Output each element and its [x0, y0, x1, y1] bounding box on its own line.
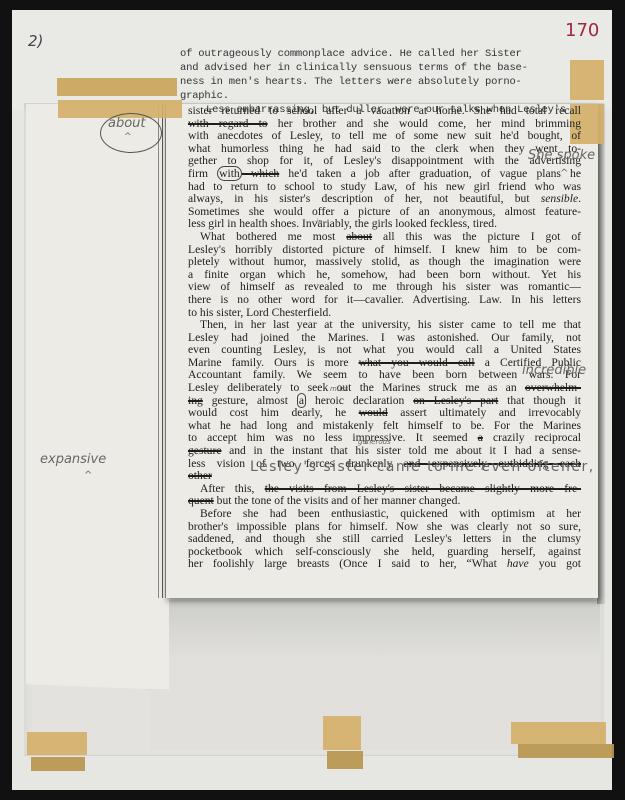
printed-line: always, in his sister's description of h… — [188, 193, 581, 206]
page-number: 170 — [565, 20, 599, 41]
struck-text: other — [188, 469, 212, 482]
struck-text: a — [478, 431, 483, 444]
printed-text-block: sister returned to school after a vacati… — [188, 105, 581, 571]
struck-text: gesture — [188, 444, 221, 457]
printed-line: would cost him dearly, he would assert u… — [188, 407, 581, 420]
struck-text: what you would call — [359, 356, 475, 369]
right-page-edge — [597, 104, 605, 604]
caret-mark: ^ — [84, 470, 92, 481]
typed-line: graphic. — [180, 89, 520, 103]
left-margin-strip — [26, 104, 169, 690]
caret-mark: ^ — [560, 168, 568, 179]
annotation-she-spoke: She spoke — [528, 148, 595, 163]
struck-text: ing — [188, 394, 203, 407]
tape-bottom-right-upper — [511, 722, 606, 744]
annotation-in: in — [316, 218, 322, 226]
annotation-generous: generous — [358, 438, 391, 446]
annotation-lesleys-sister: Lesley's sister came to me even oftener, — [250, 459, 595, 475]
tape-top-right-upper — [570, 60, 604, 100]
printed-line: her foolishly large breasts (Once I said… — [188, 558, 581, 571]
margin-rule — [158, 104, 159, 598]
struck-text: would — [359, 406, 388, 419]
margin-rule — [162, 104, 163, 598]
printed-line: pletely without humor, massively stolid,… — [188, 256, 581, 269]
tape-bottom-center-lower — [327, 751, 363, 769]
typed-line: of outrageously commonplace advice. He c… — [180, 47, 520, 61]
printed-line: What bothered me most about all this was… — [188, 231, 581, 244]
annotation-incredible: incredible — [522, 363, 586, 378]
struck-text: with regard to — [188, 117, 268, 130]
struck-text: about — [346, 230, 372, 243]
italic-text: sensible — [541, 192, 578, 205]
printed-line: Before she had been enthusiastic, quicke… — [188, 508, 581, 521]
circled-word: with — [217, 166, 242, 181]
printed-line: Then, in her last year at the university… — [188, 319, 581, 332]
struck-text: on Lesley's part — [413, 394, 498, 407]
tape-bottom-left-upper — [27, 732, 87, 755]
italic-text: have — [507, 557, 529, 570]
struck-text: which — [242, 167, 279, 180]
struck-text: quent — [188, 494, 214, 507]
printed-line: Lesley deliberately to seek out the Mari… — [188, 382, 581, 395]
tape-top-left-upper — [57, 78, 177, 96]
printed-line: firm with which he'd taken a job after g… — [188, 168, 581, 181]
tape-bottom-center-upper — [323, 716, 361, 750]
printed-line: saddened, and though she still carried L… — [188, 533, 581, 546]
caret-mark: ^ — [124, 132, 132, 142]
printed-line: with anecdotes of Lesley, to tell me of … — [188, 130, 581, 143]
tape-bottom-right-lower — [518, 744, 614, 758]
tape-bottom-left-lower — [31, 757, 85, 771]
typed-line: ness in men's hearts. The letters were a… — [180, 75, 520, 89]
annotation-must: must — [330, 385, 348, 393]
struck-text: overwhelm- — [525, 381, 581, 394]
printed-line: there is no other word for it—cavalier. … — [188, 294, 581, 307]
annotation-about: about — [108, 116, 146, 131]
struck-text: the visits from Lesley's sister became s… — [265, 482, 581, 495]
corner-mark: 2) — [28, 32, 43, 50]
annotation-expansive: expansive — [40, 452, 106, 467]
typed-line: and advised her in clinically sensuous t… — [180, 61, 520, 75]
